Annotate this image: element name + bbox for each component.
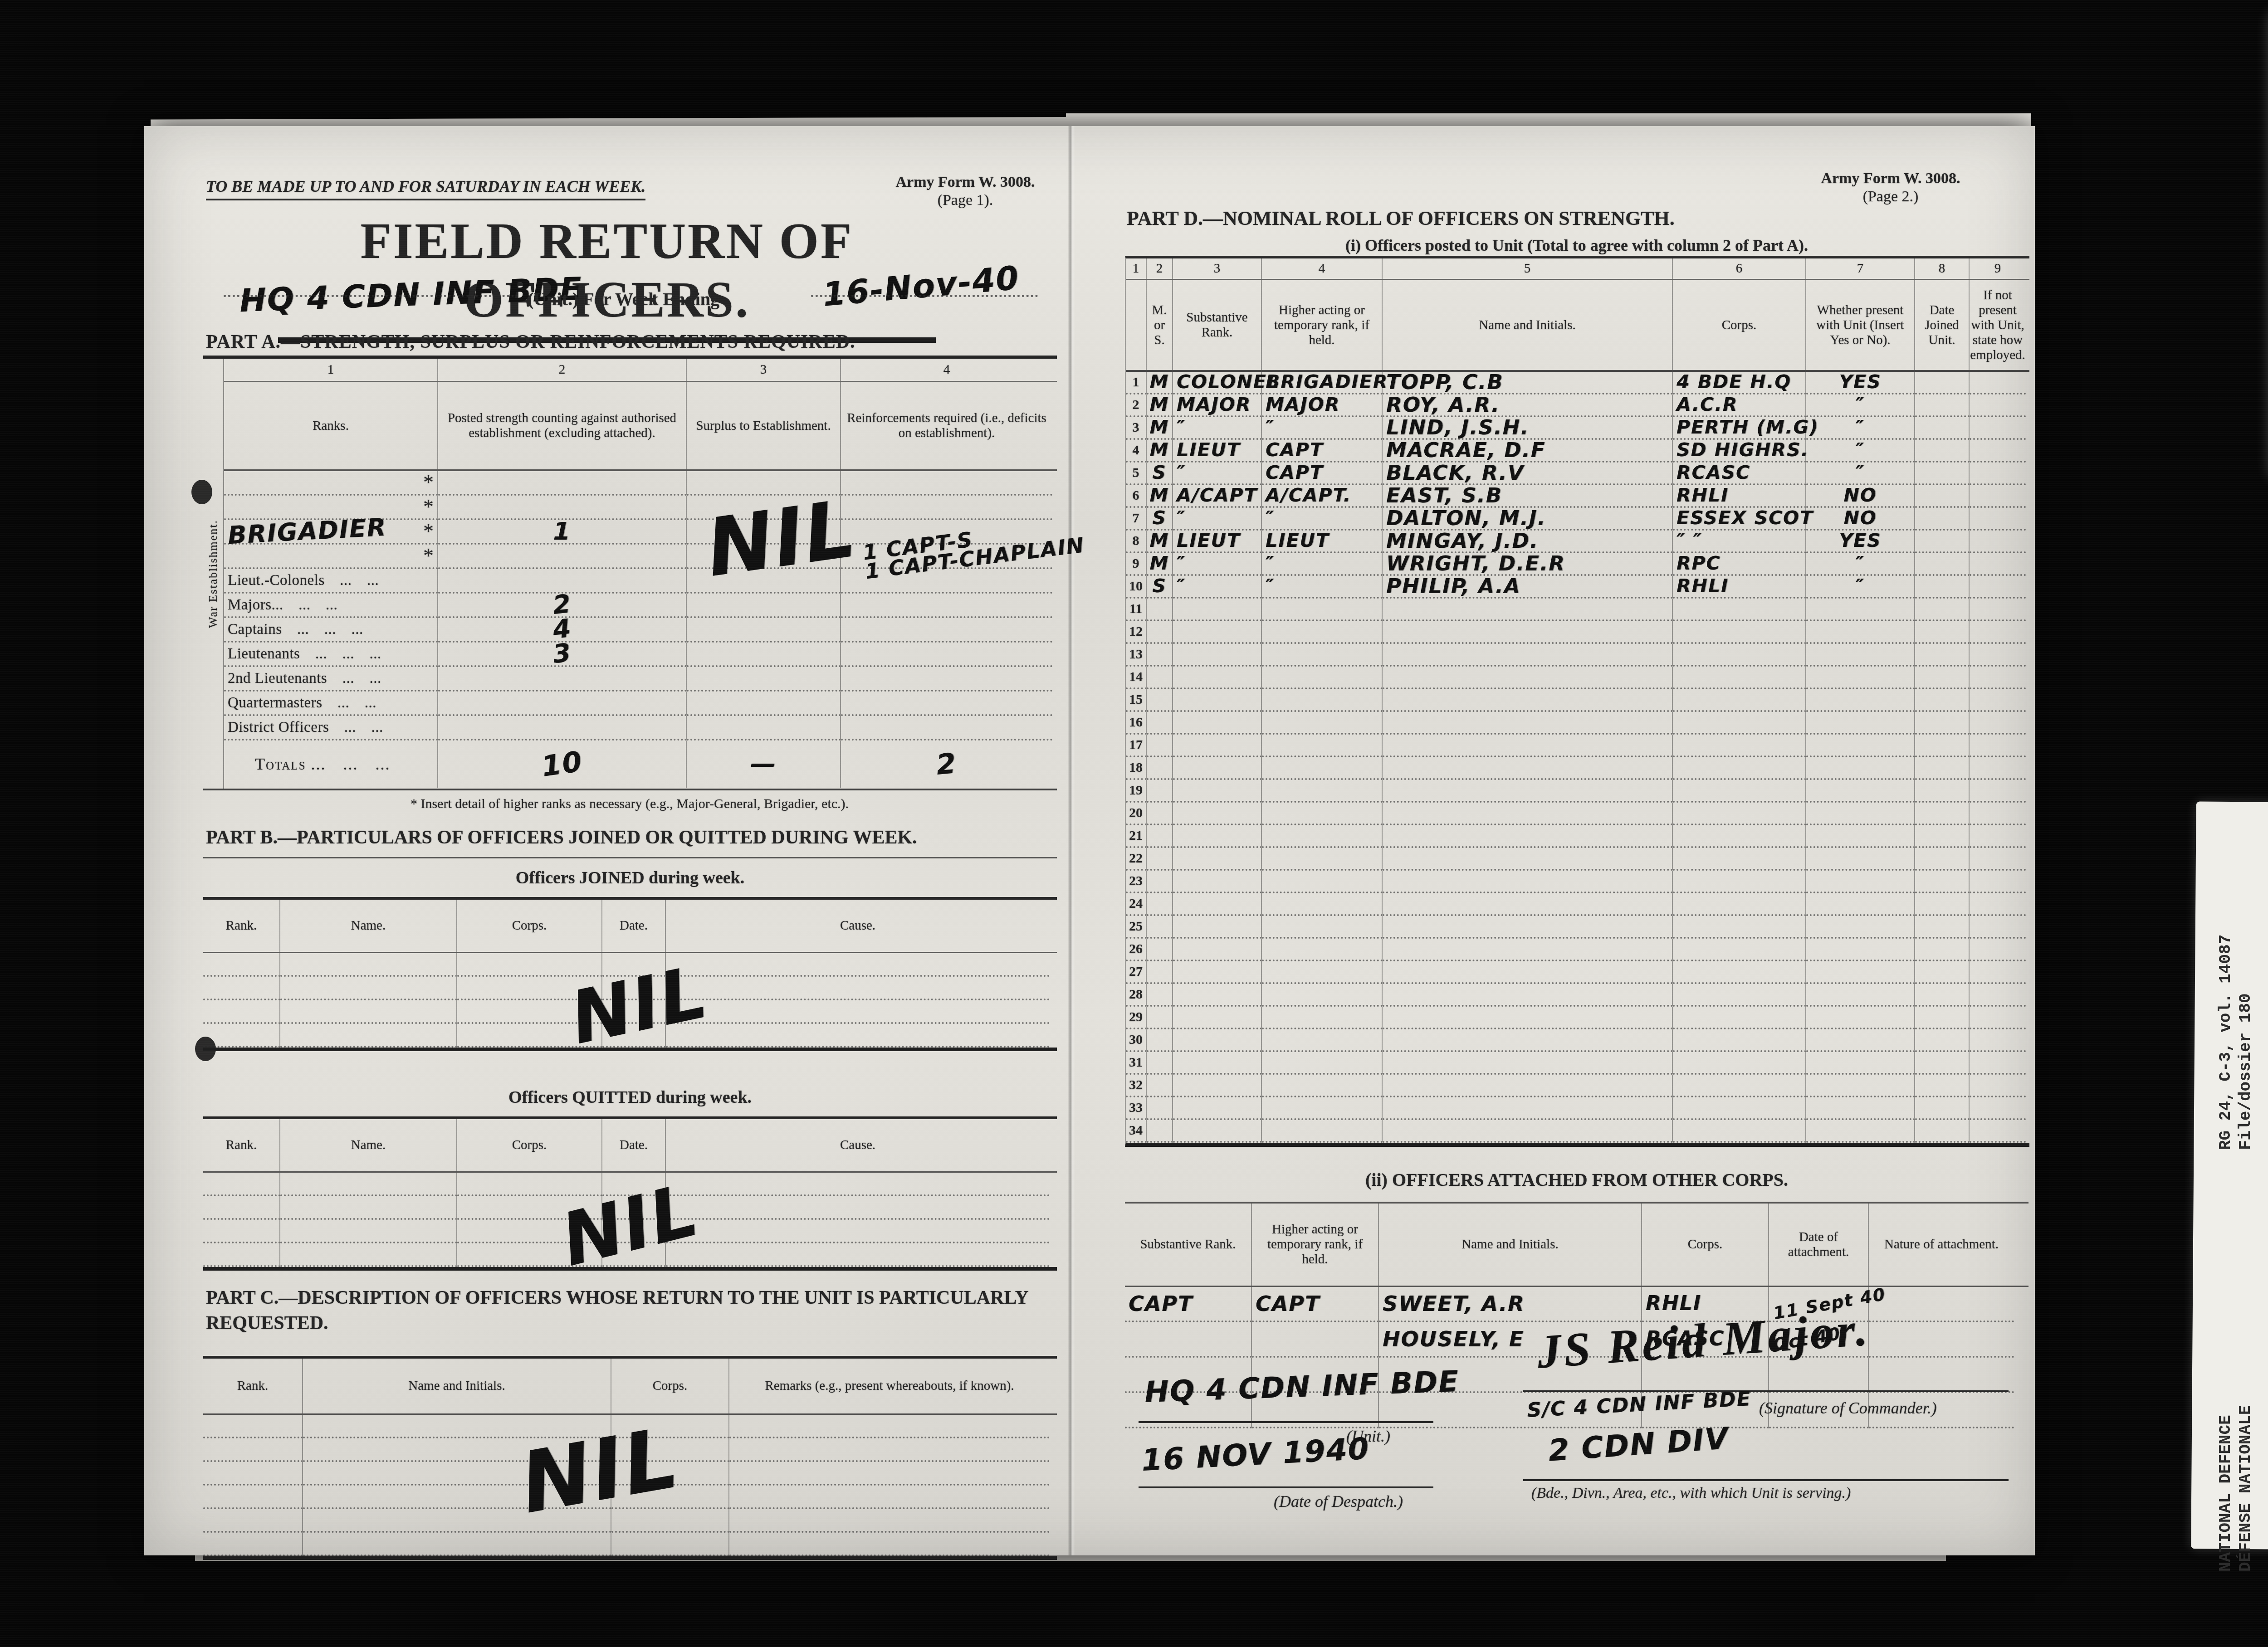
empty-row: 21 [1126,825,2029,848]
col-header-name: Name. [280,900,457,952]
present-handwritten: ″ [1856,464,1865,482]
defence-line1: NATIONAL DEFENCE [2216,1282,2236,1572]
archive-ref-line2: File/dossier 180 [2236,833,2256,1150]
row-number: 23 [1129,873,1143,889]
attached-officer-row: CAPT CAPT SWEET, A.R RHLI 11 Sept 40 [1125,1287,2028,1322]
m-or-s-handwritten: M [1150,532,1169,550]
name-handwritten: LIND, J.S.H. [1386,418,1529,437]
col-header-acting-rank: Higher acting or temporary rank, if held… [1262,280,1383,370]
present-handwritten: ″ [1856,442,1865,459]
national-defence-text: NATIONAL DEFENCE DÉFENSE NATIONALE [2216,1282,2258,1572]
col-header-posted: Posted strength counting against authori… [438,382,687,469]
name-handwritten: BLACK, R.V [1386,463,1524,482]
form-number: Army Form W. 3008. [870,173,1061,191]
rank-label: 2nd Lieutenants ... ... [228,670,381,687]
totals-label-cell: Totals ... ... ... [224,741,438,788]
col-header-rank: Rank. [203,1119,280,1171]
empty-row: 11 [1126,599,2029,621]
totals-posted-cell: 10 [438,741,687,788]
rank-cell: Lieutenants ... ... ... [224,643,438,667]
officers-quitted-title: Officers QUITTED during week. [203,1087,1057,1107]
archive-reference-text: RG 24, C-3, vol. 14087 File/dossier 180 [2216,833,2258,1150]
m-or-s-handwritten: M [1150,442,1169,459]
empty-row: 23 [1126,871,2029,893]
surplus-cell [687,667,841,692]
substantive-rank-handwritten: ″ [1177,510,1186,527]
roll-filled-rows: 1 M COLONEL BRIGADIER TOPP, C.B 4 BDE H.… [1126,372,2029,599]
name-handwritten: HOUSELY, E [1383,1330,1524,1349]
col-header-date: Date. [602,900,666,952]
acting-rank-handwritten: MAJOR [1266,396,1340,414]
corps-handwritten: RHLI [1646,1295,1701,1313]
form-page-number: (Page 1). [870,191,1061,210]
part-a-rank-rows: Lieut.-Colonels ... ... Majors... ... .. [224,569,1057,741]
officer-row: 3 M ″ ″ LIND, J.S.H. PERTH (M.G) ″ [1126,417,2029,440]
m-or-s-handwritten: M [1150,555,1169,572]
row-number: 29 [1129,1009,1143,1025]
surplus-cell [687,594,841,618]
officer-row: 9 M ″ ″ WRIGHT, D.E.R RPC ″ [1126,553,2029,576]
reinforcements-cell [841,618,1052,643]
substantive-rank-handwritten: ″ [1177,464,1186,482]
unit-line [224,295,518,297]
substantive-rank-handwritten: MAJOR [1177,396,1251,414]
posted-handwritten: 3 [552,641,572,667]
rank-cell: BRIGADIER * [224,520,438,545]
name-handwritten: EAST, S.B [1386,486,1502,505]
corps-handwritten: 4 BDE H.Q [1677,374,1791,391]
attached-heading: (ii) OFFICERS ATTACHED FROM OTHER CORPS. [1125,1169,2028,1190]
col-header-substantive-rank: Substantive Rank. [1173,280,1262,370]
col-header-name-initials: Name and Initials. [303,1359,611,1413]
serving-formation-handwritten: 2 CDN DIV [1547,1425,1730,1465]
col-header-substantive-rank: Substantive Rank. [1125,1204,1252,1286]
empty-row: 30 [1126,1029,2029,1052]
row-number: 6 [1133,488,1139,503]
corps-handwritten: PERTH (M.G) [1677,419,1819,436]
officer-row: 7 S ″ ″ DALTON, M.J. ESSEX SCOT NO [1126,508,2029,531]
col-header-date-joined: Date Joined Unit. [1915,280,1970,370]
rank-cell: District Officers ... ... [224,716,438,741]
empty-row: 34 [1126,1120,2029,1143]
reinforcements-cell [841,471,1052,496]
empty-row: 20 [1126,803,2029,825]
col-number: 1 [224,359,438,381]
name-handwritten: DALTON, M.J. [1386,509,1546,527]
row-number: 27 [1129,964,1143,979]
corps-handwritten: ESSEX SCOT [1677,510,1813,527]
corps-handwritten: RPC [1677,555,1721,572]
serving-caption: (Bde., Divn., Area, etc., with which Uni… [1531,1485,1851,1502]
substantive-rank-handwritten: A/CAPT [1177,487,1258,504]
present-handwritten: ″ [1856,578,1865,595]
empty-row: 27 [1126,961,2029,984]
row-number: 12 [1129,624,1143,639]
totals-posted-handwritten: 10 [540,748,584,780]
row-number: 24 [1129,896,1143,911]
col-header-if-not-present: If not present with Unit, state how empl… [1970,280,2026,370]
empty-row: 24 [1126,893,2029,916]
present-handwritten: NO [1843,510,1877,527]
col-number: 9 [1970,258,2026,279]
row-number: 19 [1129,783,1143,798]
posted-cell [438,692,687,716]
empty-row: 13 [1126,644,2029,667]
surplus-nil-handwritten: NIL [702,492,860,585]
col-header-ranks: Ranks. [224,382,438,469]
substantive-rank-handwritten: ″ [1177,555,1186,572]
totals-label: Totals ... ... ... [228,755,391,774]
part-d-heading: PART D.—NOMINAL ROLL OF OFFICERS ON STRE… [1127,207,1675,230]
table-row: Lieutenants ... ... ... 3 [224,643,1057,667]
microfilm-frame: TO BE MADE UP TO AND FOR SATURDAY IN EAC… [0,0,2268,1647]
roll-blank-rows: 11 12 13 [1126,599,2029,1143]
surplus-cell [687,716,841,741]
reinforcements-cell [841,716,1052,741]
empty-row: 14 [1126,667,2029,689]
col-header-acting-rank: Higher acting or temporary rank, if held… [1252,1204,1379,1286]
form-reference-p1: Army Form W. 3008. (Page 1). [870,173,1061,210]
part-a-footnote: * Insert detail of higher ranks as neces… [298,796,961,812]
acting-rank-handwritten: CAPT [1256,1294,1320,1313]
name-handwritten: WRIGHT, D.E.R [1386,554,1565,573]
col-header-whether-present: Whether present with Unit (Insert Yes or… [1806,280,1915,370]
corps-handwritten: RCASC [1677,464,1750,482]
present-handwritten: YES [1839,374,1881,391]
col-number: 6 [1673,258,1806,279]
col-header-corps: Corps. [611,1359,729,1413]
col-header-date-of-attachment: Date of attachment. [1769,1204,1869,1286]
col-header-blank [1126,280,1147,370]
unit-caption: (Unit.) For Week Ending [528,288,719,310]
present-handwritten: NO [1843,487,1877,504]
acting-rank-handwritten: BRIGADIER [1266,374,1388,391]
col-header-date: Date. [602,1119,666,1171]
col-header-remarks: Remarks (e.g., present whereabouts, if k… [729,1359,1050,1413]
rank-cell: 2nd Lieutenants ... ... [224,667,438,692]
roll-headers: M. or S. Substantive Rank. Higher acting… [1126,280,2029,372]
m-or-s-handwritten: M [1150,396,1169,414]
reinforcements-cell [841,594,1052,618]
row-number: 20 [1129,805,1143,821]
officers-joined-title: Officers JOINED during week. [203,868,1057,888]
col-number: 8 [1915,258,1970,279]
joined-header-row: Rank. Name. Corps. Date. Cause. [203,900,1057,953]
despatch-caption: (Date of Despatch.) [1274,1492,1403,1511]
posted-cell: 1 [438,520,687,545]
posted-cell [438,667,687,692]
name-handwritten: MACRAE, D.F [1386,441,1545,459]
name-handwritten: ROY, A.R. [1386,395,1500,414]
commander-signature-caption: (Signature of Commander.) [1759,1398,1937,1418]
table-row: Majors... ... ... 2 [224,594,1057,618]
row-number: 14 [1129,669,1143,685]
row-number: 28 [1129,987,1143,1002]
table-row [203,1533,1057,1556]
war-establishment-column: War Establishment. [203,359,224,789]
surplus-cell [687,692,841,716]
substantive-rank-handwritten: CAPT [1129,1294,1193,1313]
reinforcements-cell [841,643,1052,667]
acting-rank-handwritten: A/CAPT. [1266,487,1351,504]
rank-cell: Captains ... ... ... [224,618,438,643]
col-number: 4 [841,359,1052,381]
substantive-rank-handwritten: LIEUT [1177,532,1241,550]
name-handwritten: TOPP, C.B [1386,373,1504,391]
rank-cell: * [224,545,438,569]
officer-row: 4 M LIEUT CAPT MACRAE, D.F SD HIGHRS. ″ [1126,440,2029,463]
rank-label: Lieut.-Colonels ... ... [228,572,379,589]
archive-ref-line1: RG 24, C-3, vol. 14087 [2216,833,2236,1150]
officer-row: 1 M COLONEL BRIGADIER TOPP, C.B 4 BDE H.… [1126,372,2029,395]
rank-cell: Quartermasters ... ... [224,692,438,716]
totals-surplus-cell: — [687,741,841,788]
posted-cell [438,496,687,520]
row-number: 8 [1133,533,1139,549]
row-number: 5 [1133,465,1139,481]
substantive-rank-handwritten: ″ [1177,419,1186,436]
officer-row: 10 S ″ ″ PHILIP, A.A RHLI ″ [1126,576,2029,599]
rank-handwritten: BRIGADIER [227,516,387,547]
col-number: 1 [1126,258,1147,279]
col-number: 5 [1383,258,1673,279]
rank-label: Captains ... ... ... [228,621,363,638]
row-number: 17 [1129,737,1143,753]
rank-label: Quartermasters ... ... [228,695,376,711]
col-header-corps: Corps. [457,900,602,952]
war-establishment-label: War Establishment. [206,520,220,628]
despatch-signature-line [1139,1486,1433,1488]
row-number: 16 [1129,715,1143,730]
row-number: 33 [1129,1100,1143,1116]
empty-row: 17 [1126,735,2029,757]
officer-row: 8 M LIEUT LIEUT MINGAY, J.D. ″ ″ YES [1126,531,2029,553]
col-header-nature-of-attachment: Nature of attachment. [1869,1204,2014,1286]
col-header-corps: Corps. [1642,1204,1769,1286]
row-number: 13 [1129,647,1143,662]
empty-row: 22 [1126,848,2029,871]
col-number: 3 [687,359,841,381]
row-number: 4 [1133,443,1139,458]
col-header-surplus: Surplus to Establishment. [687,382,841,469]
week-ending-line [811,295,1038,297]
col-header-name: Name. [280,1119,457,1171]
reinforcements-cell [841,692,1052,716]
page-seam [1068,126,1075,1555]
empty-row: 28 [1126,984,2029,1007]
rank-cell: * [224,471,438,496]
top-note: TO BE MADE UP TO AND FOR SATURDAY IN EAC… [206,177,645,200]
rank-label: District Officers ... ... [228,719,383,736]
rank-label: Majors... ... ... [228,597,337,614]
empty-row: 12 [1126,621,2029,644]
table-row: * [224,471,1057,496]
roll-subtitle: (i) Officers posted to Unit (Total to ag… [1125,236,2028,255]
totals-reinforcements-handwritten: 2 [935,750,958,778]
present-handwritten: ″ [1856,555,1865,572]
part-a-totals-row: Totals ... ... ... 10 — 2 [224,741,1057,788]
serving-line [1523,1479,2009,1481]
col-number: 2 [438,359,687,381]
present-handwritten: ″ [1856,419,1865,436]
row-number: 34 [1129,1123,1143,1138]
m-or-s-handwritten: M [1150,487,1169,504]
posted-cell: 3 [438,643,687,667]
row-number: 21 [1129,828,1143,843]
col-header-m-or-s: M. or S. [1147,280,1173,370]
quitted-header-row: Rank. Name. Corps. Date. Cause. [203,1119,1057,1173]
row-number: 30 [1129,1032,1143,1048]
part-a-headers: Ranks. Posted strength counting against … [224,382,1057,471]
corps-handwritten: SD HIGHRS. [1677,442,1809,459]
empty-row: 19 [1126,780,2029,803]
name-handwritten: MINGAY, J.D. [1386,531,1539,550]
officer-row: 2 M MAJOR MAJOR ROY, A.R. A.C.R ″ [1126,395,2029,417]
nominal-roll-table: 1 2 3 4 5 6 7 8 9 M. or S. Substantive R… [1125,256,2029,1147]
acting-rank-handwritten: ″ [1266,510,1275,527]
form-page-number: (Page 2.) [1786,188,1995,206]
row-number: 7 [1133,511,1139,526]
attached-header-row: Substantive Rank. Higher acting or tempo… [1125,1204,2028,1287]
form-reference-p2: Army Form W. 3008. (Page 2.) [1786,170,1995,206]
empty-row: 33 [1126,1097,2029,1120]
despatch-date-handwritten: 16 NOV 1940 [1141,1435,1370,1475]
m-or-s-handwritten: S [1152,464,1167,482]
row-number: 26 [1129,941,1143,957]
scanned-form: TO BE MADE UP TO AND FOR SATURDAY IN EAC… [144,126,2035,1555]
row-number: 1 [1133,375,1139,390]
rank-label: Lieutenants ... ... ... [228,646,381,663]
empty-row: 26 [1126,939,2029,961]
part-c-header-row: Rank. Name and Initials. Corps. Remarks … [203,1359,1057,1415]
col-header-name-initials: Name and Initials. [1383,280,1673,370]
officer-row: 5 S ″ CAPT BLACK, R.V RCASC ″ [1126,463,2029,485]
acting-rank-handwritten: CAPT [1266,442,1324,459]
acting-rank-handwritten: ″ [1266,578,1275,595]
part-a-heading: PART A.—STRENGTH, SURPLUS OR REINFORCEME… [206,331,855,353]
commander-signature-line [1523,1390,2009,1392]
table-row: Captains ... ... ... 4 [224,618,1057,643]
corps-handwritten: RHLI [1677,487,1729,504]
col-header-corps: Corps. [1673,280,1806,370]
roll-column-numbers: 1 2 3 4 5 6 7 8 9 [1126,258,2029,280]
part-b-heading: PART B.—PARTICULARS OF OFFICERS JOINED O… [206,827,917,848]
acting-rank-handwritten: CAPT [1266,464,1324,482]
acting-rank-handwritten: ″ [1266,555,1275,572]
col-header-name-initials: Name and Initials. [1379,1204,1642,1286]
m-or-s-handwritten: M [1150,419,1169,436]
row-number: 25 [1129,919,1143,934]
unit-signature-line [1139,1421,1433,1423]
empty-row: 16 [1126,712,2029,735]
row-number: 18 [1129,760,1143,775]
row-number: 11 [1129,601,1142,617]
col-header-corps: Corps. [457,1119,602,1171]
posted-cell [438,716,687,741]
posted-handwritten: 1 [553,520,571,543]
col-number: 7 [1806,258,1915,279]
empty-row: 18 [1126,757,2029,780]
empty-row: 32 [1126,1075,2029,1097]
defence-line2: DÉFENSE NATIONALE [2236,1282,2256,1572]
table-row: 2nd Lieutenants ... ... [224,667,1057,692]
empty-row: 31 [1126,1052,2029,1075]
empty-row: 25 [1126,916,2029,939]
empty-row: 29 [1126,1007,2029,1029]
m-or-s-handwritten: S [1152,510,1167,527]
row-number: 15 [1129,692,1143,707]
row-number: 22 [1129,851,1143,866]
part-a-column-numbers: 1 2 3 4 [224,359,1057,382]
row-number: 31 [1129,1055,1143,1070]
row-number: 9 [1133,556,1139,571]
acting-rank-handwritten: LIEUT [1266,532,1330,550]
table-row: Quartermasters ... ... [224,692,1057,716]
part-c-heading: PART C.—DESCRIPTION OF OFFICERS WHOSE RE… [206,1285,1050,1336]
substantive-rank-handwritten: ″ [1177,578,1186,595]
col-number: 3 [1173,258,1262,279]
col-header-rank: Rank. [203,900,280,952]
rank-cell: Lieut.-Colonels ... ... [224,569,438,594]
m-or-s-handwritten: S [1152,578,1167,595]
col-header-cause: Cause. [666,900,1050,952]
posted-cell [438,471,687,496]
acting-rank-handwritten: ″ [1266,419,1275,436]
corps-handwritten: ″ ″ [1677,532,1702,550]
table-row: District Officers ... ... [224,716,1057,741]
m-or-s-handwritten: M [1150,374,1169,391]
posted-cell [438,545,687,569]
empty-row: 15 [1126,689,2029,712]
row-number: 32 [1129,1077,1143,1093]
row-number: 10 [1129,579,1143,594]
name-handwritten: SWEET, A.R [1383,1294,1525,1313]
officer-row: 6 M A/CAPT A/CAPT. EAST, S.B RHLI NO [1126,485,2029,508]
surplus-cell [687,618,841,643]
col-header-cause: Cause. [666,1119,1050,1171]
row-number: 3 [1133,420,1139,435]
rank-cell: Majors... ... ... [224,594,438,618]
reinforcements-cell [841,496,1052,520]
reinforcements-cell [841,667,1052,692]
col-number: 4 [1262,258,1383,279]
surplus-cell [687,643,841,667]
col-header-rank: Rank. [203,1359,303,1413]
present-handwritten: YES [1839,532,1881,550]
name-handwritten: PHILIP, A.A [1386,577,1521,595]
substantive-rank-handwritten: LIEUT [1177,442,1241,459]
corps-handwritten: RHLI [1677,578,1729,595]
col-number: 2 [1147,258,1173,279]
totals-reinforcements-cell: 2 [841,741,1052,788]
col-header-reinforcements: Reinforcements required (i.e., deficits … [841,382,1052,469]
corps-handwritten: A.C.R [1677,396,1738,414]
present-handwritten: ″ [1856,396,1865,414]
form-number: Army Form W. 3008. [1786,170,1995,188]
totals-surplus-handwritten: — [750,752,777,776]
row-number: 2 [1133,397,1139,413]
part-c-nil-handwritten: NIL [515,1419,684,1522]
